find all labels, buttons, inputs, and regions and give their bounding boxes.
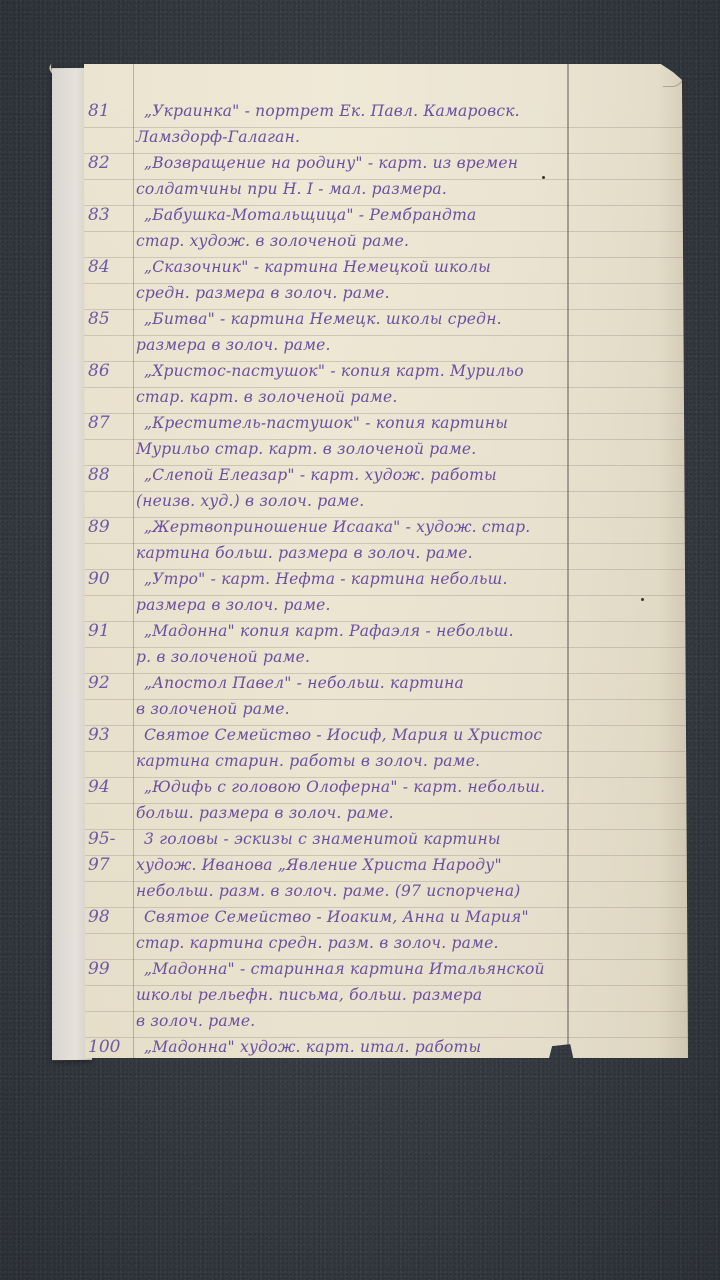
entry-description-line: школы рельефн. письма, больш. размера [84, 982, 556, 1008]
entry-description-line: „Слепой Елеазар" - карт. худож. работы [84, 462, 564, 488]
entry-description-line: стар. худож. в золоченой раме. [84, 228, 556, 254]
ledger-entry: 91„Мадонна" копия карт. Рафаэля - неболь… [84, 618, 688, 670]
entry-number: 88 [88, 462, 132, 488]
entry-description-line: (неизв. худ.) в золоч. раме. [84, 488, 556, 514]
entry-description-line: больш. размера в золоч. раме. [84, 800, 556, 826]
entry-description-line: стар. картина средн. разм. в золоч. раме… [84, 930, 556, 956]
entry-description-line: р. в золоченой раме. [84, 644, 556, 670]
entry-number: 91 [88, 618, 132, 644]
entry-description-line: „Жертвоприношение Исаака" - худож. стар. [84, 514, 564, 540]
entry-description-line: 3 головы - эскизы с знаменитой картины [84, 826, 564, 852]
ledger-page: 81„Украинка" - портрет Ек. Павл. Камаров… [84, 64, 688, 1058]
ledger-entry: 88„Слепой Елеазар" - карт. худож. работы… [84, 462, 688, 514]
entry-number: 84 [88, 254, 132, 280]
entry-number: 99 [88, 956, 132, 982]
ledger-entry: 85„Битва" - картина Немецк. школы средн.… [84, 306, 688, 358]
entry-description-line: в золоч. раме. [84, 1008, 556, 1034]
entry-number: 82 [88, 150, 132, 176]
entry-description-line: „Креститель-пастушок" - копия картины [84, 410, 564, 436]
ledger-entry: 94„Юдифь с головою Олоферна" - карт. неб… [84, 774, 688, 826]
ledger-entry: 89„Жертвоприношение Исаака" - худож. ста… [84, 514, 688, 566]
entry-description-line: картина больш. размера в золоч. раме. [84, 540, 556, 566]
entry-description-line: Мурильо стар. карт. в золоченой раме. [84, 436, 556, 462]
entry-number: 90 [88, 566, 132, 592]
ledger-entry: 90„Утро" - карт. Нефта - картина небольш… [84, 566, 688, 618]
entry-number: 87 [88, 410, 132, 436]
entry-description-line: Ламздорф-Галаган. [84, 124, 556, 150]
entry-description-line: „Христос-пастушок" - копия карт. Мурильо [84, 358, 564, 384]
ledger-entry: 82„Возвращение на родину" - карт. из вре… [84, 150, 688, 202]
ledger-entries: 81„Украинка" - портрет Ек. Павл. Камаров… [84, 98, 688, 1138]
entry-number: 94 [88, 774, 132, 800]
entry-number: 100 [88, 1034, 132, 1060]
entry-number: 85 [88, 306, 132, 332]
ledger-entry: 99„Мадонна" - старинная картина Итальянс… [84, 956, 688, 1034]
ledger-entry: 84„Сказочник" - картина Немецкой школыср… [84, 254, 688, 306]
entry-description-line: „Возвращение на родину" - карт. из време… [84, 150, 564, 176]
entry-number: 92 [88, 670, 132, 696]
ledger-entry: 95-973 головы - эскизы с знаменитой карт… [84, 826, 688, 904]
entry-description-line: Святое Семейство - Иоаким, Анна и Мария" [84, 904, 564, 930]
entry-number: 83 [88, 202, 132, 228]
entry-number: 89 [88, 514, 132, 540]
entry-description-line: худож. Иванова „Явление Христа Народу" [84, 852, 556, 878]
entry-description-line: „Мадонна" худож. карт. итал. работы [84, 1034, 564, 1060]
entry-description-line: небольш. разм. в золоч. раме. (97 испорч… [84, 878, 556, 904]
entry-description-line: в золоченой раме. [84, 696, 556, 722]
entry-number: 98 [88, 904, 132, 930]
entry-description-line: размера в золоч. раме. [84, 332, 556, 358]
ledger-entry: 92„Апостол Павел" - небольш. картинав зо… [84, 670, 688, 722]
entry-number: 86 [88, 358, 132, 384]
entry-description-line: карт. средн. разм. в золоч. раме. [84, 1112, 556, 1138]
entry-description-line: „Гении науки и Искусства" - стар. [84, 1086, 564, 1112]
entry-description-line: в золоч. раме. [84, 1060, 556, 1086]
entry-description-line: „Мадонна" - старинная картина Итальянско… [84, 956, 564, 982]
entry-description-line: „Юдифь с головою Олоферна" - карт. небол… [84, 774, 564, 800]
ledger-entry: 98Святое Семейство - Иоаким, Анна и Мари… [84, 904, 688, 956]
entry-description-line: размера в золоч. раме. [84, 592, 556, 618]
entry-number: 93 [88, 722, 132, 748]
ledger-entry: 83„Бабушка-Мотальщица" - Рембрандтастар.… [84, 202, 688, 254]
entry-description-line: „Утро" - карт. Нефта - картина небольш. [84, 566, 564, 592]
entry-description-line: „Бабушка-Мотальщица" - Рембрандта [84, 202, 564, 228]
ledger-entry: 100„Мадонна" худож. карт. итал. работыв … [84, 1034, 688, 1086]
entry-description-line: „Битва" - картина Немецк. школы средн. [84, 306, 564, 332]
entry-number: 95-97 [88, 826, 132, 852]
entry-description-line: „Мадонна" копия карт. Рафаэля - небольш. [84, 618, 564, 644]
entry-description-line: Святое Семейство - Иосиф, Мария и Христо… [84, 722, 564, 748]
entry-number: 81 [88, 98, 132, 124]
ledger-entry: 87„Креститель-пастушок" - копия картиныМ… [84, 410, 688, 462]
entry-description-line: „Украинка" - портрет Ек. Павл. Камаровск… [84, 98, 564, 124]
entry-description-line: „Сказочник" - картина Немецкой школы [84, 254, 564, 280]
entry-description-line: средн. размера в золоч. раме. [84, 280, 556, 306]
ledger-entry: 81„Украинка" - портрет Ек. Павл. Камаров… [84, 98, 688, 150]
entry-description-line: „Апостол Павел" - небольш. картина [84, 670, 564, 696]
ledger-entry: 93Святое Семейство - Иосиф, Мария и Хрис… [84, 722, 688, 774]
entry-description-line: стар. карт. в золоченой раме. [84, 384, 556, 410]
entry-number: 101 [88, 1086, 132, 1112]
ledger-entry: 101„Гении науки и Искусства" - стар.карт… [84, 1086, 688, 1138]
ledger-entry: 86„Христос-пастушок" - копия карт. Мурил… [84, 358, 688, 410]
entry-description-line: солдатчины при Н. I - мал. размера. [84, 176, 556, 202]
entry-description-line: картина старин. работы в золоч. раме. [84, 748, 556, 774]
